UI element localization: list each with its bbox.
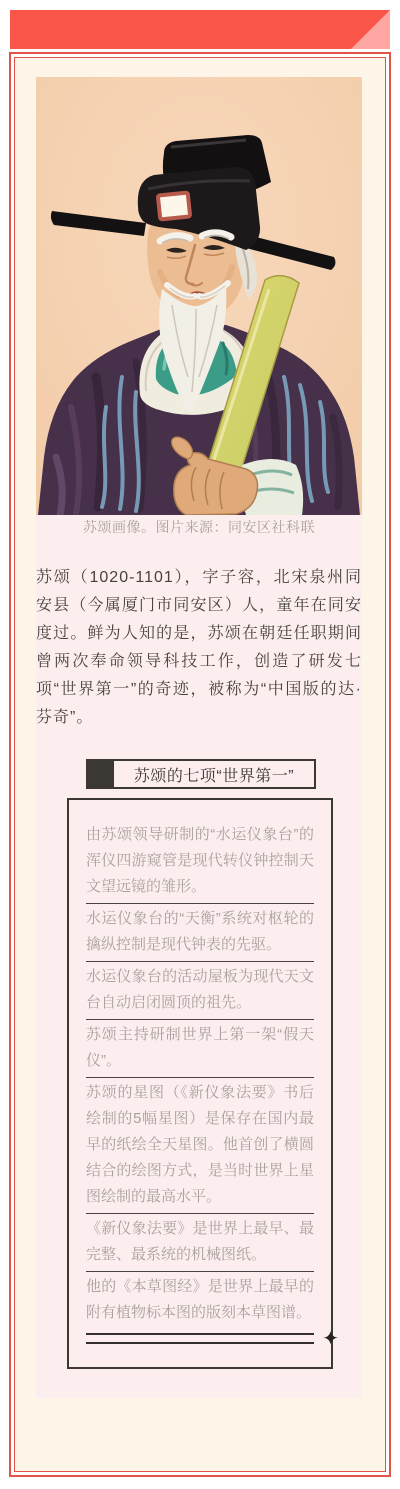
list-item: 《新仪象法要》是世界上最早、最完整、最系统的机械图纸。 — [86, 1213, 314, 1271]
achievements-box: 由苏颂领导研制的“水运仪象台”的浑仪四游窥管是现代转仪钟控制天文望远镜的雏形。水… — [67, 798, 333, 1369]
achievements-list: 由苏颂领导研制的“水运仪象台”的浑仪四游窥管是现代转仪钟控制天文望远镜的雏形。水… — [86, 820, 314, 1329]
portrait-caption: 苏颂画像。图片来源：同安区社科联 — [36, 517, 362, 537]
intro-paragraph: 苏颂（1020-1101），字子容，北宋泉州同安县（今属厦门市同安区）人，童年在… — [36, 564, 362, 732]
section-header: 苏颂的七项“世界第一” — [86, 759, 316, 789]
list-item: 他的《本草图经》是世界上最早的附有植物标本图的版刻本草图谱。 — [86, 1271, 314, 1329]
top-red-bar — [10, 10, 390, 49]
star-icon: ✦ — [322, 1329, 339, 1349]
list-item: 水运仪象台的“天衡”系统对枢轮的擒纵控制是现代钟表的先驱。 — [86, 903, 314, 961]
list-item: 苏颂主持研制世界上第一架“假天仪”。 — [86, 1019, 314, 1077]
portrait-image — [36, 77, 362, 515]
folded-corner-decoration — [351, 10, 390, 49]
list-item: 苏颂的星图（《新仪象法要》书后绘制的5幅星图）是保存在国内最早的纸绘全天星图。他… — [86, 1077, 314, 1213]
list-item: 由苏颂领导研制的“水运仪象台”的浑仪四游窥管是现代转仪钟控制天文望远镜的雏形。 — [86, 820, 314, 903]
article-frame: 苏颂画像。图片来源：同安区社科联 苏颂（1020-1101），字子容，北宋泉州同… — [9, 52, 391, 1477]
end-divider: ✦ — [86, 1333, 314, 1344]
list-item: 水运仪象台的活动屋板为现代天文台自动启闭圆顶的祖先。 — [86, 961, 314, 1019]
content-panel: 苏颂画像。图片来源：同安区社科联 苏颂（1020-1101），字子容，北宋泉州同… — [36, 77, 362, 1398]
section-marker-square — [88, 761, 114, 787]
section-title: 苏颂的七项“世界第一” — [114, 761, 314, 787]
